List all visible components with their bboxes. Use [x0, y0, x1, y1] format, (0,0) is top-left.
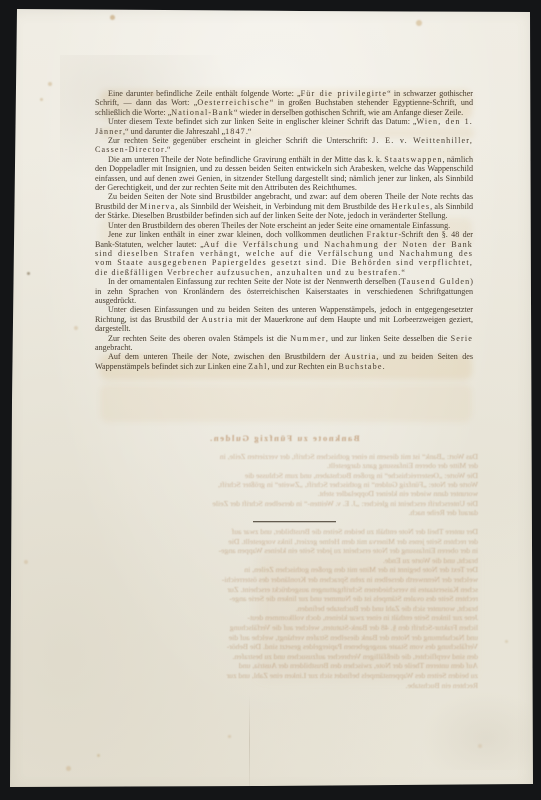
showthrough-heading: Banknote zu Fünfzig Gulden. [95, 433, 473, 443]
emphasized-phrase: Für die privilegirte [301, 89, 387, 98]
foxing-spot [66, 766, 71, 771]
crease [420, 690, 530, 770]
paragraph: Zur rechten Seite gegenüber erscheint in… [95, 136, 473, 155]
showthrough-line: Die Unterschrift erscheint in gleicher: … [86, 499, 478, 508]
showthrough-line: lichen Fraktur-Schrift den §. 48 der Ban… [86, 623, 478, 633]
emphasized-phrase: National-Bank [171, 108, 234, 117]
foxing-spot [97, 754, 100, 757]
paragraph: Zu beiden Seiten der Note sind Brustbild… [95, 192, 473, 220]
showthrough-upper: Das Wort: „Bank“ ist mit diesem in einer… [86, 452, 478, 517]
emphasized-phrase: Auf die Verfälschung und Nachahmung der … [95, 240, 473, 277]
paragraph: Unter diesem Texte befindet sich zur lin… [95, 117, 473, 136]
showthrough-line: Die Worte: „Oesterreichische“ in großen … [86, 471, 478, 480]
showthrough-line: Der untere Theil der Note enthält zu bei… [86, 527, 478, 537]
emphasized-phrase: Buchstabe [339, 362, 383, 371]
showthrough-line: der rechten Seite jenes der Minerva mit … [86, 537, 478, 547]
paragraph: Unter diesen Einfassungen und zu beiden … [95, 305, 473, 333]
paragraph: Eine darunter befindliche Zeile enthält … [95, 89, 473, 117]
showthrough-line: zu beiden Seiten des Wappenstämpels befi… [86, 671, 478, 681]
showthrough-line: Worte der Note: „Fünfzig Gulden“ in goth… [86, 480, 478, 489]
emphasized-phrase: Nummer [290, 334, 326, 343]
emphasized-phrase: J. E. v. Weittenhiller, Cassen-Director [95, 136, 473, 154]
showthrough-line: der Mitte der oberen Einfassung ganz dar… [86, 461, 478, 470]
showthrough-line: bracht, worunter sich die Zahl und der B… [86, 604, 478, 614]
foxing-spot [505, 640, 508, 643]
emphasized-phrase: 1847 [225, 127, 246, 136]
emphasized-phrase: Tausend Gulden [401, 277, 470, 286]
emphasized-phrase: Austria [201, 315, 233, 324]
emphasized-phrase: Zahl [248, 362, 267, 371]
showthrough-line: worunter dann wieder ein kleiner Doppela… [86, 489, 478, 498]
foxing-spot [478, 744, 482, 748]
foxing-spot [24, 560, 28, 564]
emphasized-phrase: Fraktur [367, 230, 399, 239]
emphasized-phrase: Staatswappen [384, 155, 442, 164]
showthrough-line: Verfälschung des vom Staate ausgegebenen… [86, 642, 478, 652]
showthrough-line: schen Kaiserstaates in verschiedenen Sch… [86, 585, 478, 595]
showthrough-line: bracht, und die Worte zu Ende. [86, 556, 478, 566]
foxing-spot [27, 272, 30, 275]
foxing-spot [74, 326, 78, 330]
emphasized-phrase: Oesterreichische [197, 98, 269, 107]
emphasized-phrase: Minerva [140, 202, 175, 211]
paragraph: Die am unteren Theile der Note befindlic… [95, 155, 473, 193]
showthrough-lower: Der untere Theil der Note enthält zu bei… [86, 527, 478, 690]
showthrough-line: Das Wort: „Bank“ ist mit diesem in einer… [86, 452, 478, 461]
foxing-spot [110, 15, 115, 20]
stain-patch [100, 384, 472, 422]
emphasized-phrase: Serie [451, 334, 473, 343]
front-text: Eine darunter befindliche Zeile enthält … [95, 89, 473, 371]
emphasized-phrase: Herkules [392, 202, 430, 211]
showthrough-line: darauf der Reihe nach. [86, 508, 478, 517]
paragraph: Zur rechten Seite des oberen ovalen Stäm… [95, 334, 473, 353]
showthrough-line: rechten Seite des ovalen Stämpels ist di… [86, 594, 478, 604]
paper-sheet: Eine darunter befindliche Zeile enthält … [0, 0, 541, 800]
paragraph: Unter den Brustbildern des oberen Theile… [95, 221, 473, 230]
emphasized-phrase: Wien, den 1. Jänner [95, 117, 473, 135]
crease [249, 695, 250, 787]
emphasized-phrase: Austria [344, 352, 376, 361]
showthrough-line: Jene zur linken Seite enthält in einer z… [86, 613, 478, 623]
showthrough-line: Auf dem unteren Theile der Note, zwische… [86, 661, 478, 671]
showthrough-line: welcher der Nennwerth derselben in zehn … [86, 575, 478, 585]
showthrough-line: den sind verpflichtet, die dießfälligen … [86, 652, 478, 662]
showthrough-line: Der Text der Note beginnt in der Mitte m… [86, 565, 478, 575]
scan-photo: { "page": { "background_color": "#141517… [0, 0, 541, 800]
paragraph: In der ornamentalen Einfassung zur recht… [95, 277, 473, 305]
paragraph: Jene zur linken enthält in einer zwar kl… [95, 230, 473, 277]
foxing-spot [416, 20, 422, 26]
section-divider [253, 521, 336, 522]
showthrough-line: in der oberen Einfassung der Note ersche… [86, 546, 478, 556]
foxing-spot [48, 82, 52, 86]
foxing-spot [40, 98, 43, 101]
paragraph: Auf dem unteren Theile der Note, zwische… [95, 352, 473, 371]
showthrough-line: und Nachahmung der Noten der Bank diesel… [86, 633, 478, 643]
foxing-spot [228, 735, 231, 738]
showthrough-line: Rechten ein Buchstabe. [86, 681, 478, 691]
